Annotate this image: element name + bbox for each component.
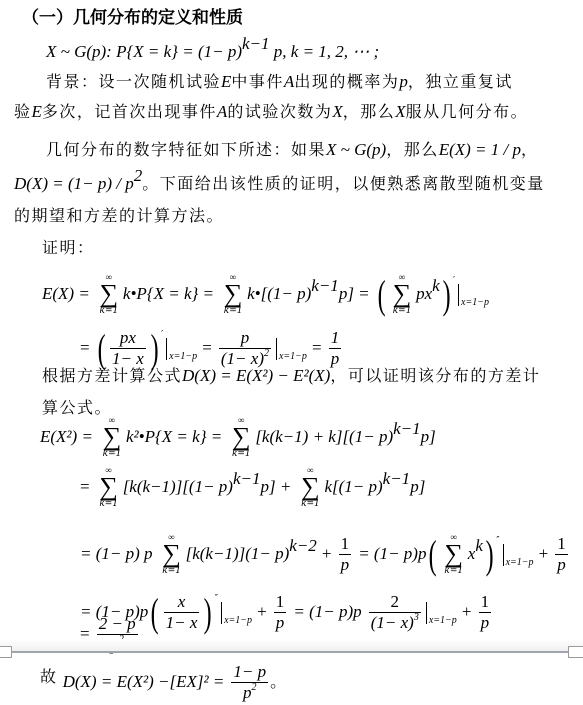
exponent: 2	[264, 348, 269, 359]
plus: +	[539, 544, 549, 563]
math: px	[416, 284, 432, 303]
section-heading: （一）几何分布的定义和性质	[22, 8, 243, 28]
math: = (1− p)p	[293, 602, 361, 621]
page-break-shade	[0, 639, 583, 651]
exponent: k−1	[393, 419, 421, 438]
exponent: 3	[414, 612, 419, 623]
denominator: 1− x	[164, 613, 200, 633]
math-A: A	[284, 72, 294, 91]
text: ，那么	[386, 140, 439, 159]
math: p] +	[261, 477, 292, 496]
fraction: p(1− x)2	[219, 328, 271, 369]
exponent: k	[432, 276, 440, 295]
page-margin-marker-left	[0, 646, 12, 658]
eval-subscript: x=1−p	[506, 557, 534, 568]
eval-subscript: x=1−p	[224, 615, 252, 626]
eval-subscript: x=1−p	[279, 351, 307, 362]
text: 出现的概率为	[294, 72, 399, 91]
background-line-1: 背景：设一次随机试验E中事件A出现的概率为p，独立重复试	[46, 72, 513, 92]
math: p]	[421, 427, 436, 446]
text: 服从几何分布。	[406, 102, 529, 121]
math: D(X) = E(X²) −[EX]² =	[63, 672, 225, 691]
proof-label: 证明：	[42, 238, 95, 258]
math-X: X	[332, 102, 342, 121]
fraction: 2(1− x)3	[369, 592, 421, 633]
prime: ′	[161, 330, 163, 340]
summation-symbol: ∞∑k=1	[297, 466, 323, 509]
text: 的试验次数为	[227, 102, 332, 121]
page-break-separator	[0, 647, 583, 657]
numerator: px	[110, 328, 146, 349]
numerator: 1	[339, 534, 352, 555]
text: 验	[14, 102, 32, 121]
summation-symbol: ∞∑k=1	[220, 273, 246, 316]
characteristics-line-1: 几何分布的数字特征如下所述：如果X ~ G(p)，那么E(X) = 1 / p，	[46, 140, 539, 160]
evaluation-bar	[426, 602, 427, 624]
numerator: 1	[555, 534, 568, 555]
summation-symbol: ∞=∑k=1	[96, 273, 122, 316]
numerator: 2	[369, 592, 421, 613]
numerator: 1	[329, 328, 342, 349]
fraction: 1p	[274, 592, 287, 633]
math-E: E	[221, 72, 231, 91]
exponent: k−1	[383, 469, 411, 488]
sum-lower: k=1	[96, 499, 122, 509]
evaluation-bar	[166, 338, 167, 360]
plus: +	[322, 544, 332, 563]
fraction: x1− x	[164, 592, 200, 633]
text: 。	[270, 672, 288, 691]
math-inline: X ~ G(p)	[326, 140, 386, 159]
exponent: k−2	[289, 536, 317, 555]
fraction: px1− x	[110, 328, 146, 369]
double-prime: ″	[215, 594, 218, 604]
sum-lower: k=1	[297, 499, 323, 509]
math-X: X	[395, 102, 405, 121]
math: p] =	[339, 284, 370, 303]
summation-symbol: ∞∑k=1	[441, 533, 467, 576]
page-break-rule	[0, 651, 583, 653]
numerator: p	[219, 328, 271, 349]
evaluation-bar	[276, 338, 277, 360]
math: k•P{X = k} =	[123, 284, 214, 303]
text: ，独立重复试	[408, 72, 513, 91]
summation-symbol: ∞∑k=1	[99, 416, 125, 459]
equals: =	[202, 338, 212, 357]
evaluation-bar	[458, 284, 459, 306]
denominator: p	[339, 555, 352, 575]
plus: +	[462, 602, 472, 621]
second-moment-line-1: E(X²) = ∞∑k=1k²•P{X = k} = ∞∑k=1[k(k−1) …	[40, 414, 436, 460]
eval-subscript: x=1−p	[169, 351, 197, 362]
summation-symbol: ∞∑k=1	[389, 273, 415, 316]
text: 中事件	[231, 72, 284, 91]
denominator: p	[555, 555, 568, 575]
text: 几何分布的数字特征如下所述：如果	[46, 140, 326, 159]
math-inline: D(X) = E(X²) − E²(X)	[182, 366, 330, 385]
denominator: (1− x)3	[369, 613, 421, 633]
text: ，可以证明该分布的方差计	[330, 366, 540, 385]
second-moment-line-3: = (1− p) p ∞∑k=1[k(k−1)](1− p)k−2 + 1p =…	[80, 516, 570, 566]
text: ，那么	[343, 102, 396, 121]
double-prime: ″	[496, 536, 499, 546]
denominator: p	[274, 613, 287, 633]
background-line-2: 验E多次，记首次出现事件A的试验次数为X，那么X服从几何分布。	[14, 102, 528, 122]
math: E(X²) =	[40, 427, 93, 446]
text: 的期望和方差的计算方法。	[14, 206, 224, 225]
fraction: 1p	[555, 534, 568, 575]
evaluation-bar	[503, 544, 504, 566]
text: ，	[521, 140, 539, 159]
math-inline: E(X) = 1 / p	[439, 140, 521, 159]
denominator: p	[479, 613, 492, 633]
conclusion-line: 故 D(X) = E(X²) −[EX]² = 1− pp2。	[40, 662, 288, 705]
second-moment-line-2: = ∞∑k=1[k(k−1)][(1− p)k−1p] + ∞∑k=1k[(1−…	[80, 464, 425, 510]
evaluation-bar	[221, 602, 222, 624]
math-A: A	[217, 102, 227, 121]
exponent: k−1	[311, 276, 339, 295]
math: [k(k−1)](1− p)	[186, 544, 290, 563]
text: 背景：设一次随机试验	[46, 72, 221, 91]
expectation-derivation-line-2: = (px1− x)′x=1−p = p(1− x)2x=1−p = 1p	[80, 312, 343, 358]
second-moment-line-4: = (1− p)p(x1− x)″x=1−p + 1p = (1− p)p 2(…	[80, 574, 493, 624]
equals: =	[80, 338, 90, 357]
definition-formula-part-a: X ~ G(p): P{X = k} = (1− p)	[46, 42, 242, 61]
math: = (1− p)p	[358, 544, 426, 563]
definition-formula: X ~ G(p): P{X = k} = (1− p)k−1 p, k = 1,…	[46, 42, 379, 62]
text: 多次，记首次出现事件	[42, 102, 217, 121]
fraction: 1− pp2	[231, 662, 268, 703]
text: 故	[40, 667, 58, 686]
math: E(X) =	[42, 284, 90, 303]
characteristics-line-2: D(X) = (1− p) / p2。下面给出该性质的证明，以便熟悉离散型随机变…	[14, 174, 545, 194]
exponent: k	[475, 536, 483, 555]
denominator-text: (1− x)	[371, 613, 414, 632]
text: 。下面给出该性质的证明，以便熟悉离散型随机变量	[142, 174, 545, 193]
text: 根据方差计算公式	[42, 366, 182, 385]
math-E: E	[32, 102, 42, 121]
math: [k(k−1) + k][(1− p)	[255, 427, 393, 446]
definition-exponent: k−1	[242, 34, 270, 53]
variance-intro-line-1: 根据方差计算公式D(X) = E(X²) − E²(X)，可以证明该分布的方差计	[42, 366, 540, 386]
sum-lower: k=1	[99, 449, 125, 459]
page-margin-marker-right	[568, 646, 583, 658]
exponent: 2	[252, 682, 257, 693]
math: k•[(1− p)	[247, 284, 311, 303]
eval-subscript: x=1−p	[461, 297, 489, 308]
numerator: 2 − p	[97, 614, 138, 635]
numerator: x	[164, 592, 200, 613]
numerator: 1	[479, 592, 492, 613]
characteristics-line-3: 的期望和方差的计算方法。	[14, 206, 224, 226]
numerator: 1− p	[231, 662, 268, 683]
equals: =	[80, 477, 90, 496]
fraction: 1p	[339, 534, 352, 575]
fraction: 1p	[329, 328, 342, 369]
eval-subscript: x=1−p	[429, 615, 457, 626]
plus: +	[257, 602, 267, 621]
definition-formula-part-b: p, k = 1, 2, ⋯ ;	[270, 42, 380, 61]
sum-lower: k=1	[389, 306, 415, 316]
text: 证明：	[42, 238, 95, 257]
denominator-text: p	[243, 683, 252, 702]
summation-symbol: ∞∑k=1	[159, 533, 185, 576]
summation-symbol: ∞∑k=1	[228, 416, 254, 459]
math: k[(1− p)	[324, 477, 382, 496]
denominator: p2	[231, 683, 268, 703]
math: k²•P{X = k} =	[126, 427, 222, 446]
fraction: 1p	[479, 592, 492, 633]
math: = (1− p) p	[80, 544, 153, 563]
prime: ′	[453, 276, 455, 286]
expectation-derivation-line-1: E(X) = ∞=∑k=1k•P{X = k} = ∞∑k=1k•[(1− p)…	[42, 258, 489, 304]
exponent: k−1	[233, 469, 261, 488]
exponent: 2	[134, 166, 143, 185]
summation-symbol: ∞∑k=1	[96, 466, 122, 509]
math-p: p	[399, 72, 408, 91]
math: [k(k−1)][(1− p)	[123, 477, 233, 496]
math-inline: D(X) = (1− p) / p	[14, 174, 134, 193]
equals: =	[312, 338, 322, 357]
sum-lower: k=1	[228, 449, 254, 459]
math: p]	[410, 477, 425, 496]
numerator: 1	[274, 592, 287, 613]
